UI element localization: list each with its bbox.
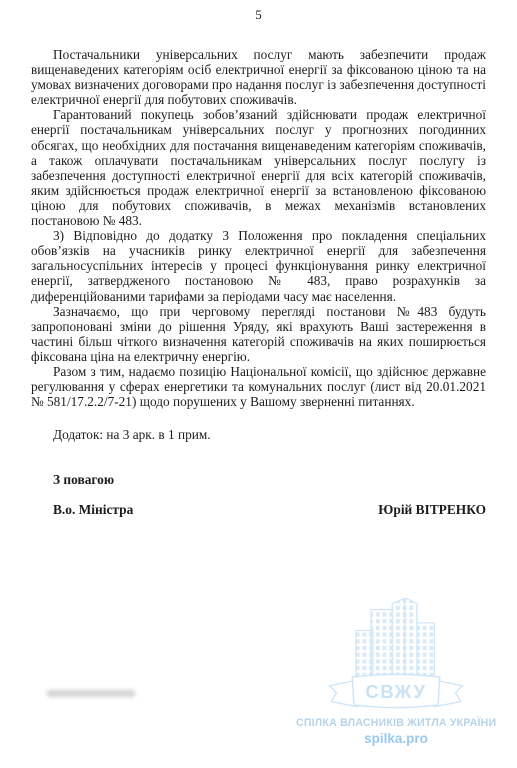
scanned-letter-page: 5 Постачальники універсальних послуг маю… <box>0 0 517 768</box>
paragraph-guaranteed-buyer: Гарантований покупець зобов’язаний здійс… <box>31 107 486 228</box>
page-number: 5 <box>0 0 517 23</box>
attachment-note: Додаток: на 3 арк. в 1 прим. <box>31 427 486 442</box>
paragraph-universal-suppliers: Постачальники універсальних послуг мають… <box>31 47 486 107</box>
paragraph-resolution-483-review: Зазначаємо, що при черговому перегляді п… <box>31 304 486 364</box>
svzhu-abbreviation: СВЖУ <box>365 681 426 702</box>
signer-position: В.о. Міністра <box>53 502 133 518</box>
watermark-org-name: СПІЛКА ВЛАСНИКІВ ЖИТЛА УКРАЇНИ <box>296 717 496 729</box>
letter-body: Постачальники універсальних послуг мають… <box>31 47 486 518</box>
closing-salutation: З повагою <box>31 472 486 488</box>
spilka-watermark: СВЖУ СПІЛКА ВЛАСНИКІВ ЖИТЛА УКРАЇНИ spil… <box>296 598 496 746</box>
buildings-icon <box>348 598 444 688</box>
paragraph-item-3: 3) Відповідно до додатку 3 Положення про… <box>31 228 486 303</box>
watermark-site-url: spilka.pro <box>296 731 496 746</box>
signature-row: В.о. Міністра Юрій ВІТРЕНКО <box>31 502 486 518</box>
paragraph-nkrekp-position: Разом з тим, надаємо позицію Національно… <box>31 364 486 409</box>
ribbon-banner: СВЖУ <box>326 670 466 712</box>
footer-stamp-blurred-text <box>47 690 135 697</box>
signer-name: Юрій ВІТРЕНКО <box>378 502 486 518</box>
